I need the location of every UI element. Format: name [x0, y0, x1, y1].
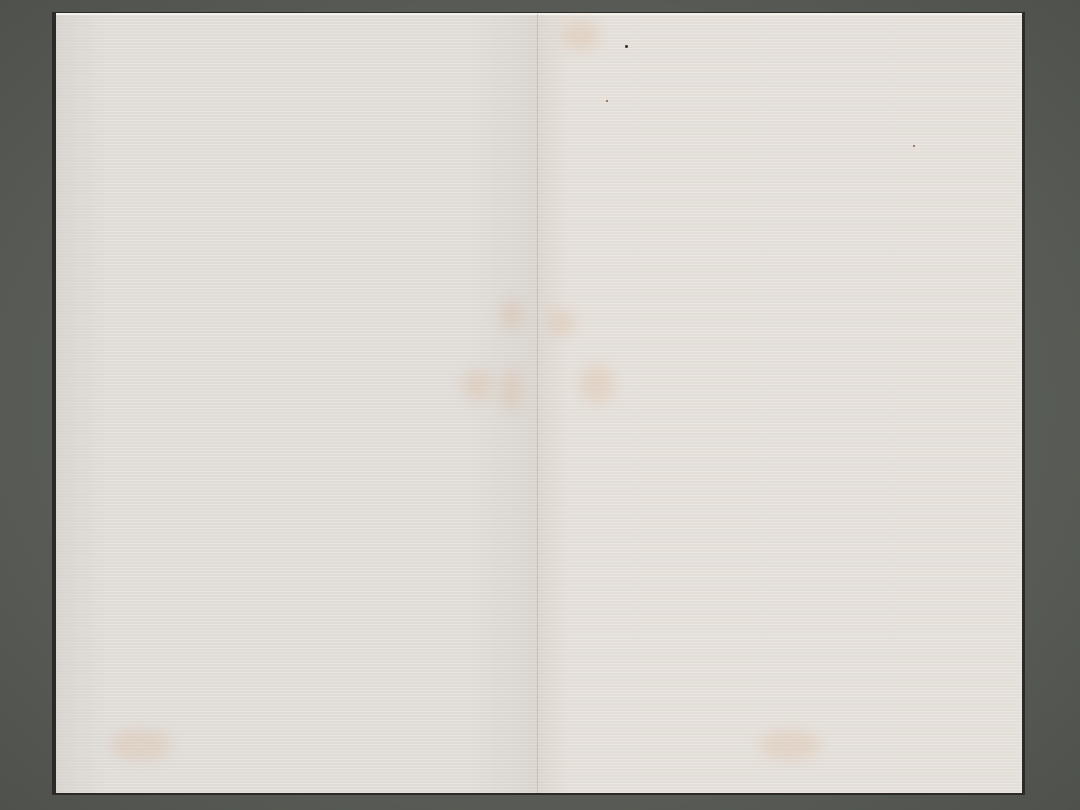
foxing-stain	[548, 310, 576, 336]
left-page	[56, 14, 538, 793]
page-top-edge	[56, 13, 1022, 15]
foxing-stain	[560, 20, 600, 50]
foxing-stain	[580, 365, 614, 403]
speck	[606, 100, 608, 102]
foxing-stain	[500, 370, 522, 410]
book-spine	[537, 14, 538, 793]
right-page	[538, 14, 1022, 793]
foxing-stain	[760, 730, 820, 760]
foxing-stain	[110, 730, 170, 760]
speck	[625, 45, 628, 48]
foxing-stain	[500, 300, 522, 330]
foxing-stain	[462, 370, 492, 400]
speck	[913, 145, 915, 147]
